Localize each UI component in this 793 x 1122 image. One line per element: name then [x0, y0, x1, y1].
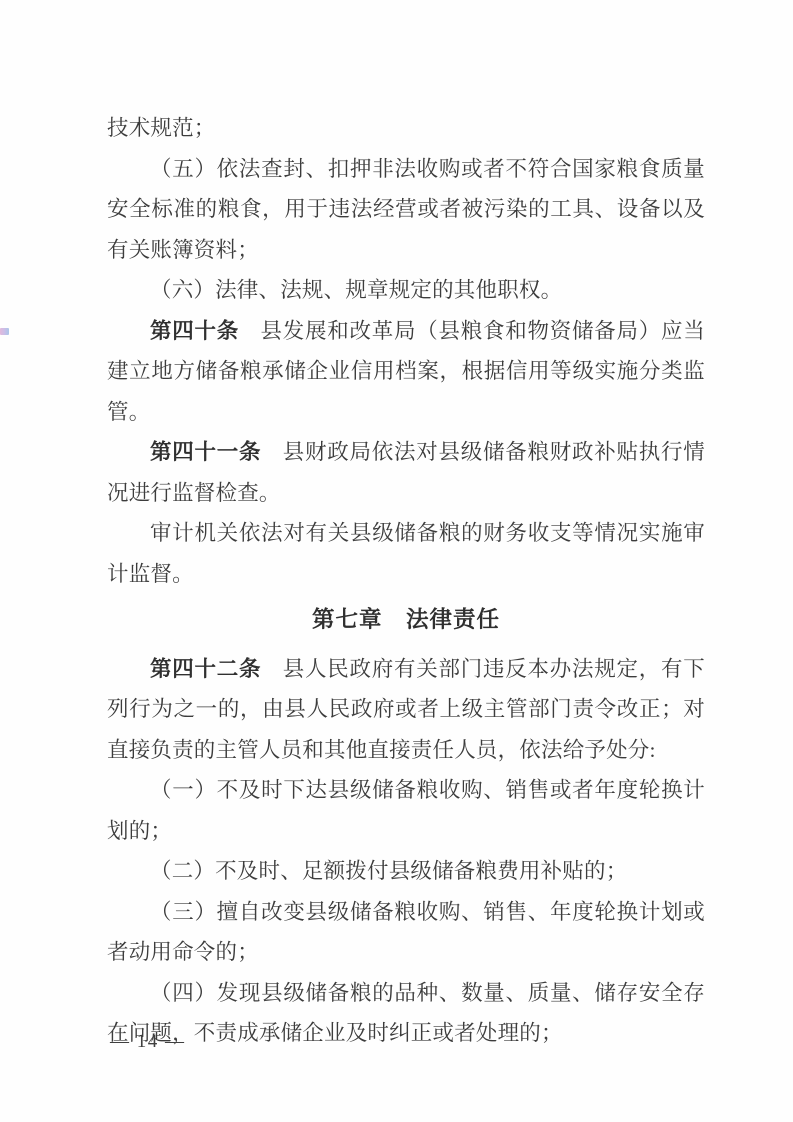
- clause-item-6: （六）法律、法规、规章规定的其他职权。: [107, 270, 705, 311]
- page-number: — 14 —: [110, 1030, 186, 1054]
- document-body: 技术规范； （五）依法查封、扣押非法收购或者不符合国家粮食质量安全标准的粮食，用…: [107, 108, 705, 1054]
- article-42-number: 第四十二条: [150, 657, 261, 681]
- article-41-number: 第四十一条: [150, 440, 261, 464]
- clause-item-4: （四）发现县级储备粮的品种、数量、质量、储存安全存在问题，不责成承储企业及时纠正…: [107, 973, 705, 1054]
- article-41: 第四十一条县财政局依法对县级储备粮财政补贴执行情况进行监督检查。: [107, 432, 705, 513]
- article-40-number: 第四十条: [150, 319, 239, 343]
- scan-artifact: [0, 328, 9, 335]
- article-40: 第四十条县发展和改革局（县粮食和物资储备局）应当建立地方储备粮承储企业信用档案，…: [107, 311, 705, 433]
- document-page: 技术规范； （五）依法查封、扣押非法收购或者不符合国家粮食质量安全标准的粮食，用…: [0, 0, 793, 1122]
- article-42: 第四十二条县人民政府有关部门违反本办法规定，有下列行为之一的，由县人民政府或者上…: [107, 649, 705, 771]
- clause-item-1: （一）不及时下达县级储备粮收购、销售或者年度轮换计划的；: [107, 770, 705, 851]
- clause-item-3: （三）擅自改变县级储备粮收购、销售、年度轮换计划或者动用命令的；: [107, 892, 705, 973]
- clause-item-2: （二）不及时、足额拨付县级储备粮费用补贴的；: [107, 851, 705, 892]
- clause-item-5: （五）依法查封、扣押非法收购或者不符合国家粮食质量安全标准的粮食，用于违法经营或…: [107, 149, 705, 271]
- paragraph-continuation: 技术规范；: [107, 108, 705, 149]
- paragraph-audit: 审计机关依法对有关县级储备粮的财务收支等情况实施审计监督。: [107, 513, 705, 594]
- chapter-heading: 第七章 法律责任: [107, 600, 705, 641]
